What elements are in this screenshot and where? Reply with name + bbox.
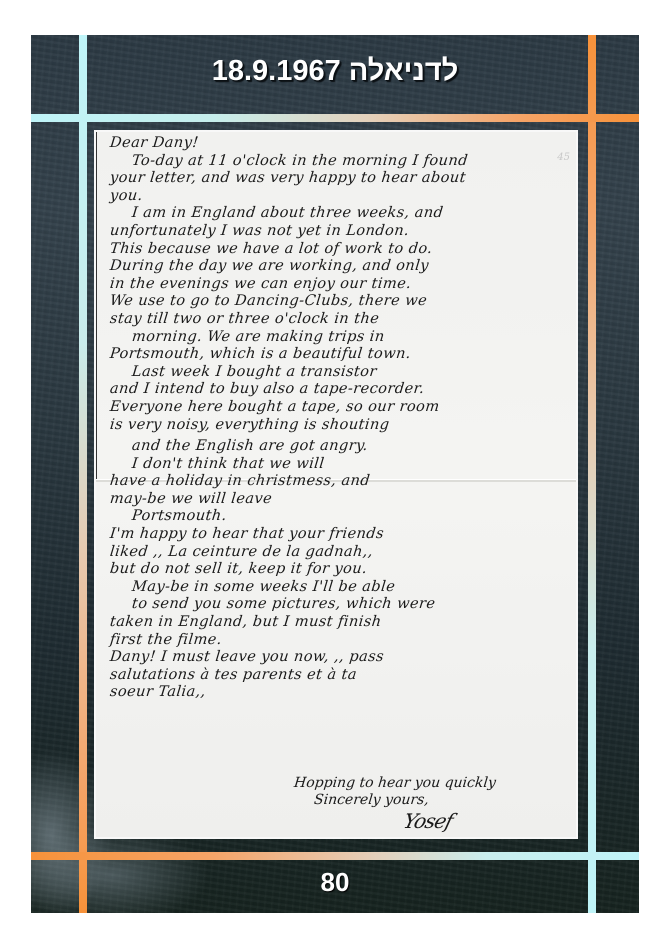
letter-line: Dear Dany! [109, 134, 571, 152]
letter-line: taken in England, but I must finish [109, 613, 571, 631]
letter-line: I don't think that we will [109, 455, 571, 473]
letter-line: I am in England about three weeks, and [109, 204, 571, 222]
page-frame: לדניאלה 18.9.1967 45 Dear Dany!To-day at… [31, 35, 639, 913]
letter-line: Everyone here bought a tape, so our room [109, 398, 571, 416]
letter-line: your letter, and was very happy to hear … [109, 169, 571, 187]
letter-line: first the filme. [109, 631, 571, 649]
letter-line: soeur Talia,, [109, 683, 571, 701]
letter-line: Portsmouth, which is a beautiful town. [109, 345, 571, 363]
handwritten-letter: 45 Dear Dany!To-day at 11 o'clock in the… [96, 132, 576, 837]
letter-line: you. [109, 187, 571, 205]
letter-line: We use to go to Dancing-Clubs, there we [109, 292, 571, 310]
closing-line: Hopping to hear you quickly [293, 775, 565, 792]
letter-line: May-be in some weeks I'll be able [109, 578, 571, 596]
paper-edge [96, 132, 97, 479]
letter-line: and I intend to buy also a tape-recorder… [109, 380, 571, 398]
letter-line: During the day we are working, and only [109, 257, 571, 275]
letter-line: Portsmouth. [109, 507, 571, 525]
letter-line: This because we have a lot of work to do… [109, 240, 571, 258]
signature: Yosef [291, 809, 567, 833]
letter-line: stay till two or three o'clock in the [109, 310, 571, 328]
letter-line: but do not sell it, keep it for you. [109, 560, 571, 578]
letter-body: Dear Dany!To-day at 11 o'clock in the mo… [110, 134, 570, 701]
letter-line: I'm happy to hear that your friends [109, 525, 571, 543]
letter-line: unfortunately I was not yet in London. [109, 222, 571, 240]
letter-line: morning. We are making trips in [109, 328, 571, 346]
page-title: לדניאלה 18.9.1967 [31, 55, 639, 88]
letter-line: Last week I bought a transistor [109, 363, 571, 381]
letter-line: may-be we will leave [109, 490, 571, 508]
letter-line: To-day at 11 o'clock in the morning I fo… [109, 152, 571, 170]
letter-line: and the English are got angry. [109, 437, 571, 455]
page-number: 80 [31, 867, 639, 898]
right-vertical-frame-line [588, 35, 596, 913]
letter-line: Dany! I must leave you now, ,, pass [109, 648, 571, 666]
sign-off: Sincerely yours, [293, 792, 565, 809]
left-vertical-frame-line [79, 35, 87, 913]
letter-line: liked ,, La ceinture de la gadnah,, [109, 543, 571, 561]
top-horizontal-frame-line [31, 114, 639, 122]
letter-line: is very noisy, everything is shouting [109, 416, 571, 434]
letter-line: have a holiday in christmess, and [109, 472, 571, 490]
letter-line: to send you some pictures, which were [109, 595, 571, 613]
letter-line: in the evenings we can enjoy our time. [109, 275, 571, 293]
letter-line: salutations à tes parents et à ta [109, 666, 571, 684]
bottom-horizontal-frame-line [31, 852, 639, 860]
letter-closing: Hopping to hear you quickly Sincerely yo… [294, 775, 564, 833]
